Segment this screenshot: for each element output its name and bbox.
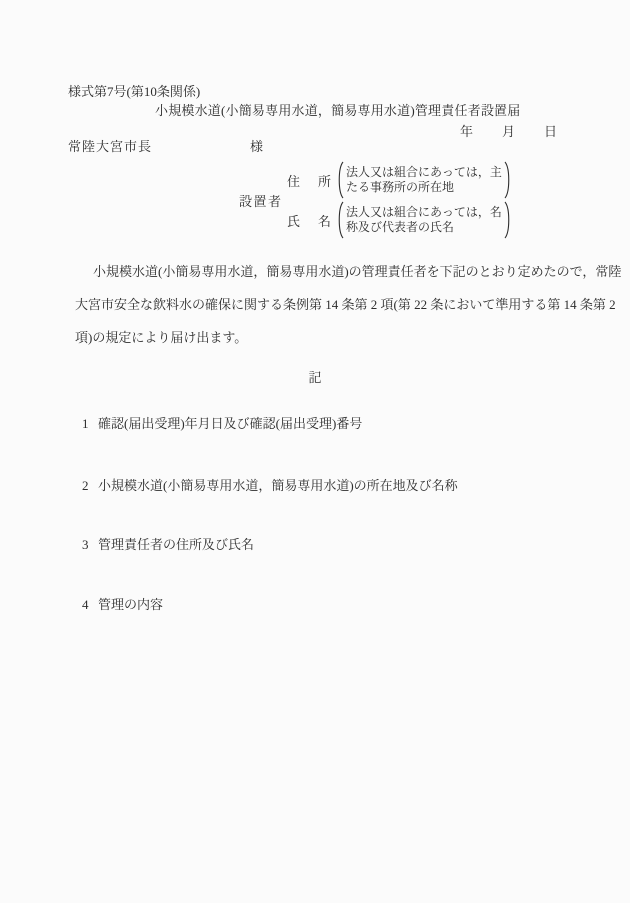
- item-text: 小規模水道(小簡易専用水道，簡易専用水道)の所在地及び名称: [98, 478, 458, 493]
- name-note-line-2: 称及び代表者の氏名: [346, 220, 502, 235]
- year-label: 年: [460, 121, 473, 140]
- form-number: 様式第7号(第10条関係): [68, 81, 200, 100]
- item-text: 管理責任者の住所及び氏名: [98, 537, 254, 552]
- list-item: 4管理の内容: [82, 594, 163, 613]
- name-label-char-2: 名: [318, 211, 331, 230]
- list-item: 1確認(届出受理)年月日及び確認(届出受理)番号: [82, 413, 362, 432]
- day-label: 日: [544, 121, 557, 140]
- close-paren-icon: [504, 201, 512, 239]
- body-paragraph: 小規模水道(小簡易専用水道，簡易専用水道)の管理責任者を下記のとおり定めたので，…: [75, 255, 575, 354]
- address-note-line-1: 法人又は組合にあっては，主: [346, 165, 502, 180]
- name-note-line-1: 法人又は組合にあっては，名: [346, 205, 502, 220]
- address-note-line-2: たる事務所の所在地: [346, 180, 502, 195]
- setter-name-row: 氏 名 法人又は組合にあっては，名 称及び代表者の氏名: [287, 200, 512, 240]
- open-paren-icon: [336, 161, 344, 199]
- name-note-group: 法人又は組合にあっては，名 称及び代表者の氏名: [336, 201, 512, 239]
- document-page: 様式第7号(第10条関係) 小規模水道(小簡易専用水道，簡易専用水道)管理責任者…: [0, 0, 630, 903]
- item-number: 2: [82, 478, 98, 494]
- addressee-name: 常陸大宮市長: [68, 136, 152, 155]
- name-note: 法人又は組合にあっては，名 称及び代表者の氏名: [344, 205, 504, 235]
- item-number: 4: [82, 597, 98, 613]
- address-label-char-1: 住: [287, 171, 300, 190]
- address-label-char-2: 所: [318, 171, 331, 190]
- month-label: 月: [502, 121, 515, 140]
- document-title: 小規模水道(小簡易専用水道，簡易専用水道)管理責任者設置届: [155, 100, 520, 119]
- close-paren-icon: [504, 161, 512, 199]
- body-line: 小規模水道(小簡易専用水道，簡易専用水道)の管理責任者を下記のとおり定めたので，…: [75, 255, 575, 288]
- item-text: 管理の内容: [98, 597, 163, 612]
- address-label: 住 所: [287, 171, 331, 190]
- address-note-group: 法人又は組合にあっては，主 たる事務所の所在地: [336, 161, 512, 199]
- open-paren-icon: [336, 201, 344, 239]
- setter-label: 設置者: [239, 191, 283, 210]
- addressee-honorific: 様: [250, 136, 263, 155]
- name-label: 氏 名: [287, 211, 331, 230]
- name-label-char-1: 氏: [287, 211, 300, 230]
- item-text: 確認(届出受理)年月日及び確認(届出受理)番号: [98, 416, 362, 431]
- list-item: 2小規模水道(小簡易専用水道，簡易専用水道)の所在地及び名称: [82, 475, 458, 494]
- list-heading: 記: [0, 367, 630, 386]
- list-item: 3管理責任者の住所及び氏名: [82, 534, 254, 553]
- setter-address-row: 住 所 法人又は組合にあっては，主 たる事務所の所在地: [287, 160, 512, 200]
- item-number: 1: [82, 416, 98, 432]
- body-line: 大宮市安全な飲料水の確保に関する条例第 14 条第 2 項(第 22 条において…: [75, 288, 575, 321]
- body-line: 項)の規定により届け出ます。: [75, 321, 575, 354]
- item-number: 3: [82, 537, 98, 553]
- address-note: 法人又は組合にあっては，主 たる事務所の所在地: [344, 165, 504, 195]
- date-line: 年 月 日: [460, 121, 557, 140]
